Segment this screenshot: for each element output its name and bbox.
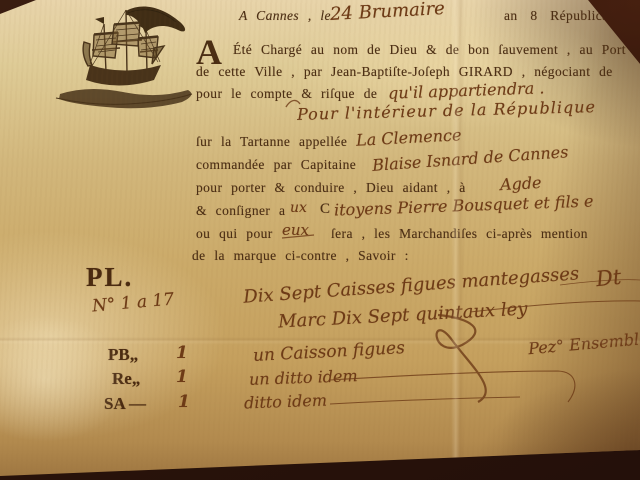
handwritten-date: 24 Brumaire [330, 0, 446, 25]
destination-line-printed: pour porter & conduire , Dieu aidant , à [196, 180, 466, 196]
cargo-mark-PB: PB„ [108, 345, 138, 365]
handwritten-weight-note: Pez° Ensemble [527, 329, 640, 358]
handwritten-order-note: eux [282, 221, 309, 239]
cargo-qty-3: 1 [178, 392, 190, 412]
opening-line-1: Été Chargé au nom de Dieu & de bon ſauve… [233, 42, 640, 58]
handwritten-cargo-row-3: un Caisson figues [253, 338, 406, 366]
handwritten-case-numbers: N° 1 a 17 [91, 289, 175, 316]
cargo-mark-Re: Re„ [112, 369, 140, 389]
handwritten-destination: Agde [500, 173, 542, 194]
header-place-line: A Cannes , le [239, 8, 331, 24]
handwritten-cargo-row-5: ditto idem [244, 391, 328, 413]
footer-partial-line: ditionnées , ſans y avo [438, 454, 588, 475]
order-line-printed-a: ou qui pour [196, 226, 273, 242]
vessel-line-printed: ſur la Tartanne appellée [196, 134, 347, 150]
consignee-line-printed-a: & conſigner a [196, 203, 285, 219]
consignee-line-printed-b: C [320, 201, 330, 218]
document-paper: A Cannes , le 24 Brumaire an 8 Républica… [0, 0, 640, 480]
captain-line-printed: commandée par Capitaine [196, 157, 356, 173]
handwritten-cargo-row-1-suffix: Dt [595, 265, 623, 292]
header-year-line: an 8 Républicain. [504, 8, 624, 24]
cargo-mark-PL: PL. [86, 262, 133, 293]
handwritten-cargo-row-4: un ditto idem [249, 366, 358, 389]
cargo-qty-1: 1 [176, 343, 188, 363]
handwritten-consignee-a: ux [290, 200, 307, 216]
opening-line-3: pour le compte & riſque de [196, 86, 377, 102]
handwritten-cargo-row-1: Dix Sept Caisses figues mantegasses [243, 263, 580, 307]
opening-line-2: de cette Ville , par Jean-Baptiſte-Joſep… [196, 64, 613, 80]
photograph-of-document: A Cannes , le 24 Brumaire an 8 Républica… [0, 0, 640, 480]
handwritten-vessel-name: La Clemence [356, 125, 462, 149]
mark-reference-line: de la marque ci-contre , Savoir : [192, 248, 409, 264]
handwritten-cargo-row-2: Marc Dix Sept quintaux ley [278, 298, 528, 332]
ship-engraving-icon [48, 2, 198, 114]
order-line-printed-b: ſera , les Marchandiſes ci-après mention [331, 226, 588, 242]
cargo-mark-SA: SA — [104, 394, 146, 414]
cargo-qty-2: 1 [176, 367, 188, 387]
